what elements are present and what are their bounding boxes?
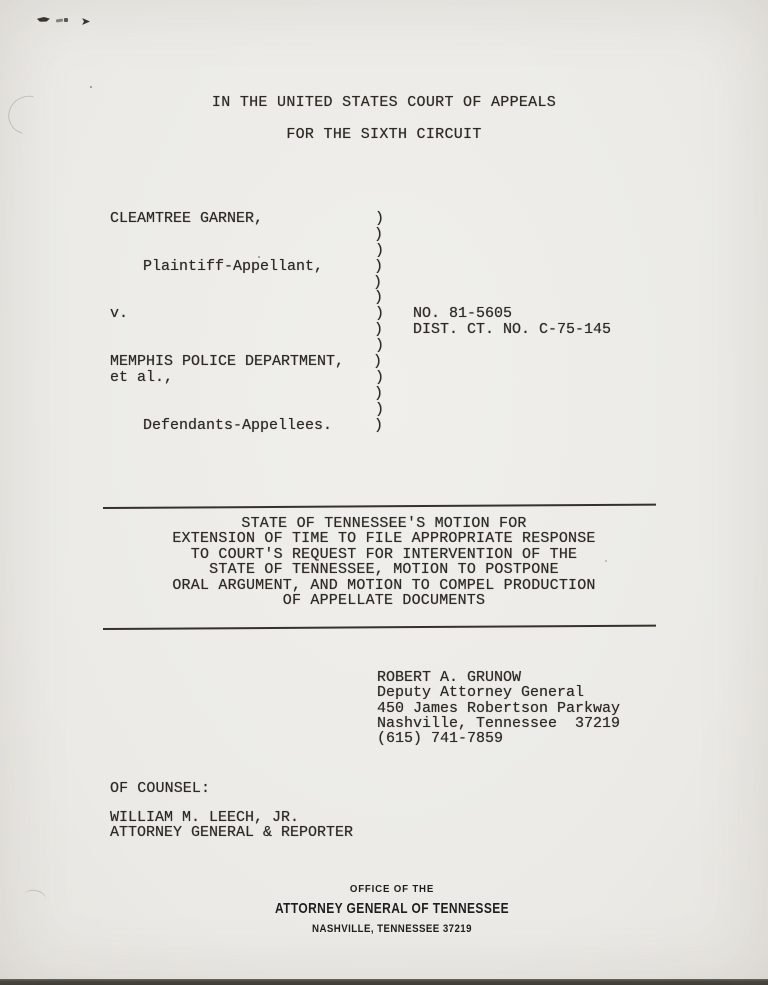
letterhead-agency-line: ATTORNEY GENERAL OF TENNESSEE — [85, 900, 699, 917]
caption-paren: ) — [375, 211, 395, 227]
motion-title-line: OF APPELLATE DOCUMENTS — [0, 593, 768, 608]
plaintiff-role: Plaintiff-Appellant, — [143, 259, 323, 275]
of-counsel-block: WILLIAM M. LEECH, JR. ATTORNEY GENERAL &… — [110, 810, 353, 841]
caption-paren: ) — [374, 259, 394, 275]
caption-paren: ) — [375, 338, 395, 354]
defendant-name-line1: MEMPHIS POLICE DEPARTMENT, — [110, 354, 344, 370]
caption-paren: ) — [373, 354, 393, 370]
district-court-number: DIST. CT. NO. C-75-145 — [413, 322, 611, 338]
versus: v. — [110, 306, 128, 322]
defendant-name-line2: et al., — [110, 370, 173, 386]
attorney-block: ROBERT A. GRUNOW Deputy Attorney General… — [377, 670, 620, 746]
caption-paren: ) — [373, 275, 393, 291]
caption-paren: ) — [375, 402, 395, 418]
defendant-role: Defendants-Appellees. — [143, 418, 332, 434]
of-counsel-label: OF COUNSEL: — [110, 781, 210, 797]
plaintiff-name: CLEAMTREE GARNER, — [110, 211, 263, 227]
caption-paren-column: ) ) ) ) ) ) ) ) ) ) ) ) ) ) — [374, 211, 394, 433]
ink-smudge — [56, 19, 63, 23]
ink-smudge — [82, 18, 90, 25]
letterhead-city-line: NASHVILLE, TENNESSEE 37219 — [54, 923, 730, 935]
attorney-name: ROBERT A. GRUNOW — [377, 670, 620, 685]
caption-paren: ) — [374, 290, 394, 306]
motion-title-line: TO COURT'S REQUEST FOR INTERVENTION OF T… — [0, 547, 768, 562]
motion-title-line: STATE OF TENNESSEE'S MOTION FOR — [0, 516, 768, 531]
horizontal-rule-bottom — [103, 625, 656, 630]
caption-paren: ) — [374, 227, 394, 243]
court-name-heading: IN THE UNITED STATES COURT OF APPEALS — [0, 95, 768, 111]
motion-title: STATE OF TENNESSEE'S MOTION FOR EXTENSIO… — [0, 516, 768, 608]
letterhead-office-line: OFFICE OF THE — [39, 883, 746, 895]
scan-edge-strip — [0, 979, 768, 985]
attorney-address-line1: 450 James Robertson Parkway — [377, 701, 620, 716]
motion-title-line: ORAL ARGUMENT, AND MOTION TO COMPEL PROD… — [0, 578, 768, 593]
caption-paren: ) — [375, 243, 395, 259]
of-counsel-name: WILLIAM M. LEECH, JR. — [110, 810, 353, 825]
scan-speck — [90, 86, 92, 88]
case-number: NO. 81-5605 — [413, 306, 512, 322]
caption-paren: ) — [375, 370, 395, 386]
motion-title-line: STATE OF TENNESSEE, MOTION TO POSTPONE — [0, 562, 768, 577]
horizontal-rule-top — [103, 504, 656, 509]
scanned-court-document-page: IN THE UNITED STATES COURT OF APPEALS FO… — [0, 0, 768, 985]
of-counsel-title: ATTORNEY GENERAL & REPORTER — [110, 825, 353, 840]
court-circuit-heading: FOR THE SIXTH CIRCUIT — [0, 127, 768, 143]
attorney-address-line2: Nashville, Tennessee 37219 — [377, 716, 620, 731]
attorney-title: Deputy Attorney General — [377, 685, 620, 700]
ink-smudge — [37, 16, 50, 22]
caption-paren: ) — [374, 386, 394, 402]
caption-paren: ) — [374, 322, 394, 338]
attorney-phone: (615) 741-7859 — [377, 731, 620, 746]
ink-smudge — [64, 18, 68, 22]
caption-paren: ) — [375, 306, 395, 322]
caption-paren: ) — [374, 418, 394, 434]
case-caption: CLEAMTREE GARNER, Plaintiff-Appellant, v… — [110, 211, 670, 443]
motion-title-line: EXTENSION OF TIME TO FILE APPROPRIATE RE… — [0, 531, 768, 546]
